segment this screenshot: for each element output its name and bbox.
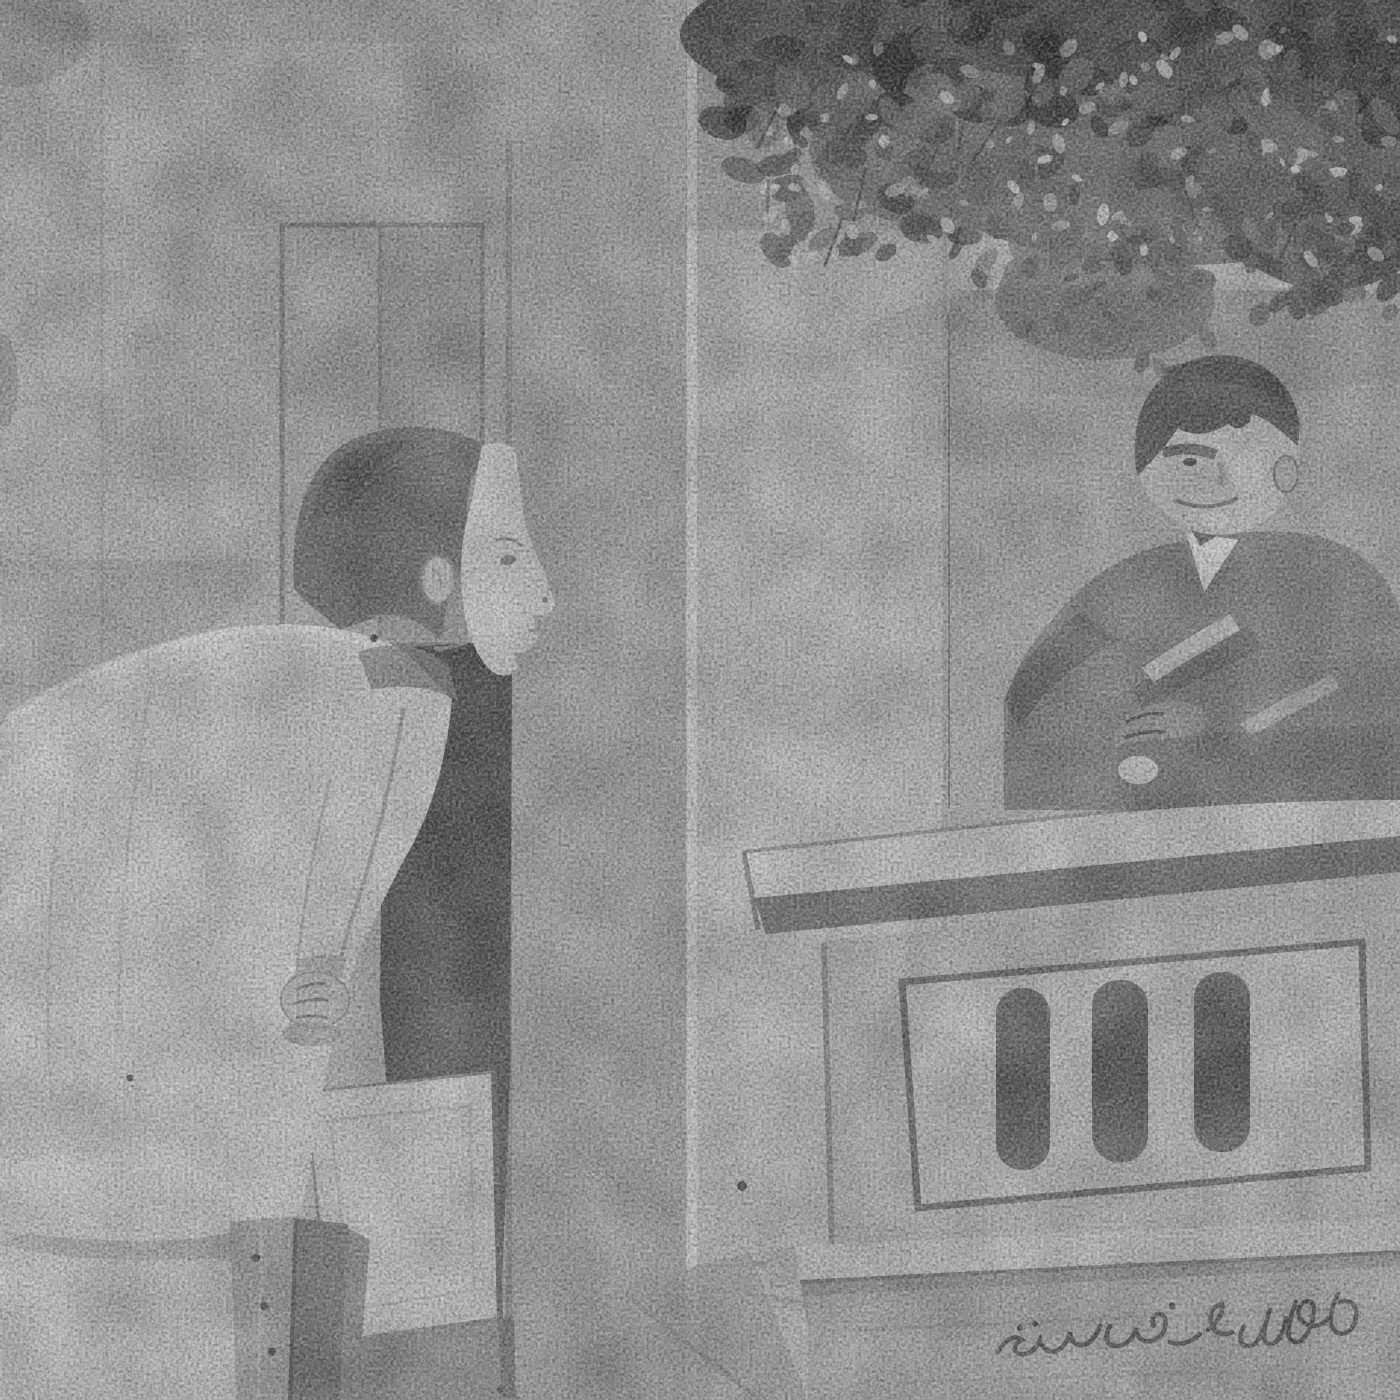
eye (1183, 458, 1197, 466)
halftone-illustration (0, 0, 1400, 1400)
cuff-highlight (1118, 756, 1158, 784)
slot (1194, 972, 1250, 1152)
ear (421, 556, 455, 604)
slot (996, 988, 1050, 1170)
illustration-page (0, 0, 1400, 1400)
slot (1092, 980, 1148, 1162)
ear (1274, 456, 1298, 492)
parapet-slots (996, 972, 1250, 1170)
